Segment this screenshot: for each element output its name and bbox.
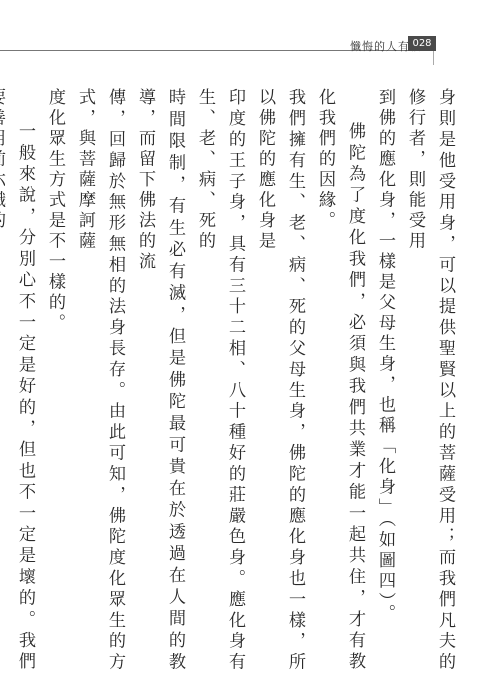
text-column: 時間限制，有生必有滅，但是佛陀最可貴在於透過在人間的教導，而留下佛法的流: [130, 88, 190, 673]
text-column: 度化眾生方式是不一樣的。: [40, 88, 70, 673]
header-tick: [433, 51, 434, 65]
text-column: 到佛的應化身，一樣是父母生身，也稱「化身」（如圖四）。: [370, 88, 400, 673]
text-column: 傳，回歸於無形無相的法身長存。由此可知，佛陀度化眾生的方式，與菩薩摩訶薩: [70, 88, 130, 673]
text-column: 身則是他受用身，可以提供聖賢以上的菩薩受用；而我們凡夫的修行者，則能受用: [400, 88, 460, 673]
text-column-paragraph-start: 一般來說，分別心不一定是好的，但也不一定是壞的。我們要善用前六識的: [0, 88, 40, 673]
text-column: 我們擁有生、老、病、死的父母生身，佛陀的應化身也一樣，所以佛陀的應化身是: [250, 88, 310, 673]
page-number-badge: 028: [408, 36, 436, 51]
text-column-paragraph-start: 佛陀為了度化我們，必須與我們共業才能一起共住，才有教化我們的因緣。: [310, 88, 370, 673]
vertical-text-block: 身則是他受用身，可以提供聖賢以上的菩薩受用；而我們凡夫的修行者，則能受用 到佛的…: [0, 88, 460, 673]
text-column: 印度的王子身，具有三十二相、八十種好的莊嚴色身。應化身有生、老、病、死的: [190, 88, 250, 673]
header-rule: [0, 50, 410, 51]
